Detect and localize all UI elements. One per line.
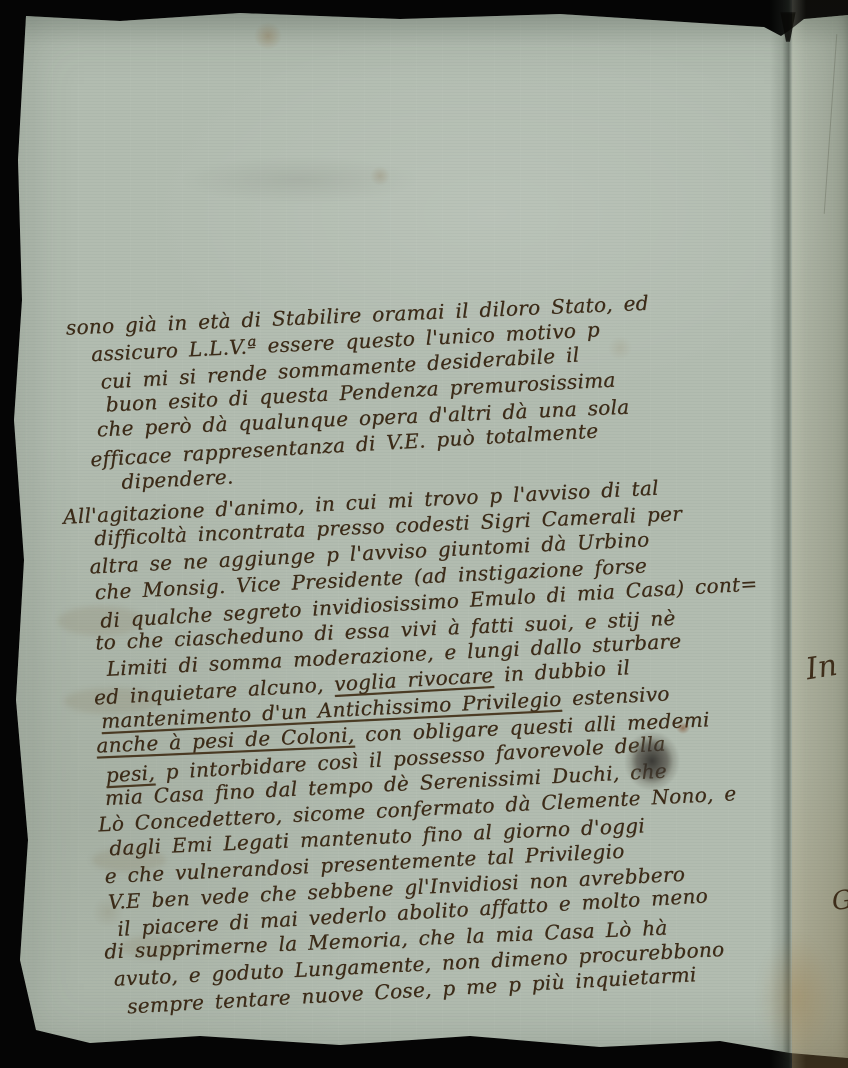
ink-speck [676,722,690,734]
manuscript-photo: sono già in età di Stabilire oramai il d… [0,0,848,1068]
line-text: estensivo [561,681,670,710]
adjacent-panel-text-fragment: G [830,885,848,917]
line-text: dipendere. [121,464,234,493]
handwritten-text-block: sono già in età di Stabilire oramai il d… [52,253,848,1049]
manuscript-line: dipendere. [121,464,234,493]
adjacent-panel-text-fragment: In [803,648,839,687]
